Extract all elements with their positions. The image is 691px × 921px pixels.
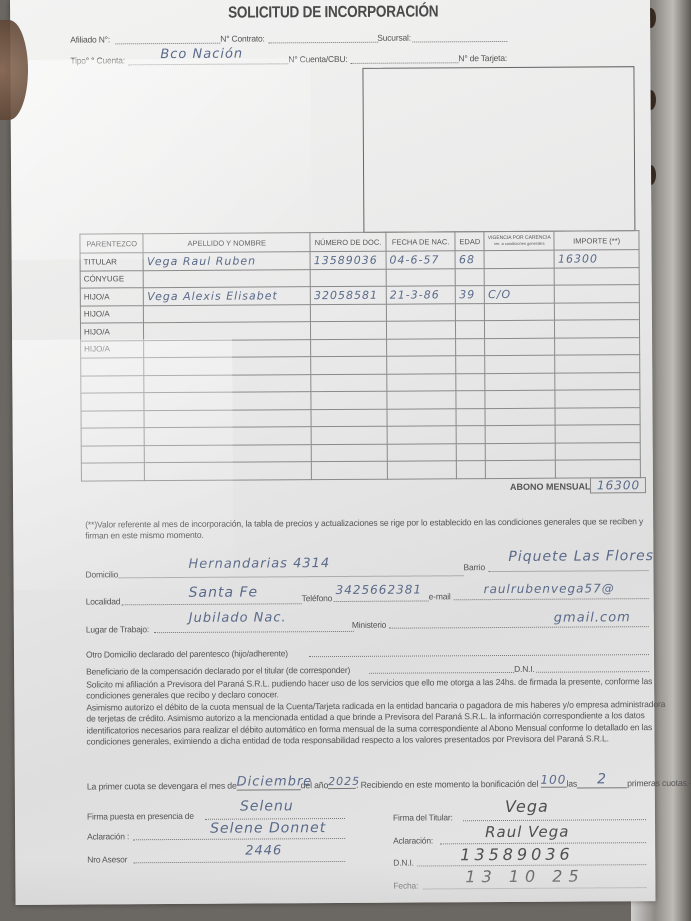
domicilio-value: Hernandarias 4314 — [188, 556, 330, 572]
cell-doc[interactable] — [311, 409, 387, 427]
cell-parentezco: CÓNYUGE — [80, 270, 143, 288]
email-field[interactable] — [454, 598, 649, 600]
otro-domicilio-label: Otro Domicilio declarado del parentesco … — [86, 648, 288, 659]
aclaracion1-label: Aclaración : — [87, 831, 129, 841]
cell-parentezco — [81, 428, 144, 446]
col-importe: IMPORTE (**) — [554, 231, 639, 251]
email-value-cont: gmail.com — [554, 610, 631, 625]
abono-label: ABONO MENSUAL — [510, 481, 591, 491]
domicilio-label: Domicilio — [85, 569, 118, 579]
tipo-cuenta-field[interactable] — [128, 63, 288, 65]
contrato-field[interactable] — [268, 42, 378, 44]
cell-importe[interactable] — [555, 285, 640, 303]
ministerio-field[interactable] — [389, 626, 649, 629]
cell-doc[interactable] — [311, 444, 387, 462]
cell-doc[interactable] — [311, 391, 387, 409]
barrio-label: Barrio — [463, 562, 485, 572]
cell-fecha[interactable] — [387, 461, 457, 479]
cuota-mes[interactable]: Diciembre — [237, 774, 301, 790]
cell-doc[interactable] — [311, 461, 387, 479]
cell-edad[interactable] — [456, 373, 485, 391]
cell-nombre[interactable] — [145, 444, 312, 463]
cuota-text-4: las — [566, 779, 577, 789]
cell-fecha[interactable] — [387, 408, 457, 426]
fecha-value: 13 10 25 — [465, 867, 584, 887]
cell-edad[interactable] — [456, 356, 485, 374]
cell-vigencia[interactable] — [484, 250, 554, 268]
cell-vigencia[interactable] — [484, 268, 554, 286]
cell-importe[interactable] — [555, 337, 640, 355]
cell-doc[interactable]: 13589036 — [310, 251, 386, 269]
cell-importe[interactable] — [555, 302, 640, 320]
cell-importe[interactable] — [556, 442, 641, 460]
dni-label: D.N.I. — [393, 858, 414, 868]
cuota-anio[interactable]: 2025 — [328, 775, 356, 789]
cell-fecha[interactable] — [387, 373, 457, 391]
cell-nombre[interactable] — [144, 269, 311, 288]
cell-doc[interactable] — [311, 426, 387, 444]
glare — [10, 58, 311, 260]
cell-doc[interactable]: 32058581 — [310, 286, 386, 304]
trabajo-field[interactable] — [154, 631, 354, 633]
cell-doc[interactable] — [311, 321, 387, 339]
cell-nombre[interactable] — [144, 339, 311, 358]
legal-paragraph-2: Asimismo autorizo el débito de la cuota … — [86, 699, 666, 748]
cell-fecha[interactable] — [387, 356, 457, 374]
cell-vigencia[interactable] — [485, 443, 555, 461]
cell-fecha[interactable] — [386, 268, 456, 286]
cell-nombre[interactable] — [144, 392, 311, 411]
cuotas-count[interactable]: 2 — [577, 771, 627, 788]
cell-edad[interactable] — [456, 426, 485, 444]
cell-fecha[interactable]: 21-3-86 — [386, 286, 456, 304]
localidad-label: Localidad — [86, 596, 121, 606]
tarjeta-label: N° de Tarjeta: — [458, 53, 507, 63]
form-title: SOLICITUD DE INCORPORACIÓN — [228, 3, 438, 22]
cell-importe[interactable] — [555, 407, 640, 425]
cell-edad[interactable]: 39 — [456, 286, 485, 304]
asesor-label: Nro Asesor — [87, 854, 127, 864]
tipo-cuenta-label: Tipo° ° Cuenta: — [70, 55, 125, 65]
asesor-field[interactable] — [133, 861, 345, 863]
cell-vigencia[interactable] — [486, 460, 556, 478]
dni-value: 13589036 — [460, 845, 574, 865]
titular-label: Firma del Titular: — [393, 812, 453, 822]
presencia-label: Firma puesta en presencia de — [87, 811, 194, 822]
domicilio-field[interactable] — [119, 575, 464, 578]
cell-vigencia[interactable] — [485, 425, 555, 443]
cell-nombre[interactable] — [144, 322, 311, 341]
cell-parentezco: HIJO/A — [80, 323, 143, 341]
titular-signature: Vega — [505, 797, 549, 816]
cell-edad[interactable] — [456, 268, 485, 286]
cell-edad[interactable]: 68 — [455, 251, 484, 269]
table-row — [81, 460, 640, 481]
col-vigencia-sub: ver. a condiciones generales — [494, 241, 545, 246]
afiliado-field[interactable] — [115, 43, 220, 45]
telefono-value: 3425662381 — [336, 582, 422, 597]
cell-vigencia[interactable] — [485, 373, 555, 391]
contrato-label: N° Contrato: — [220, 33, 265, 43]
presencia-signature: Selenu — [240, 798, 294, 814]
asesor-value: 2446 — [245, 843, 282, 858]
trabajo-label: Lugar de Trabajo: — [86, 624, 149, 634]
cell-parentezco — [81, 410, 144, 428]
footnote: (**)Valor referente al mes de incorporac… — [85, 516, 665, 542]
cell-importe[interactable] — [556, 460, 641, 478]
cuota-text-5: primeras cuotas.- — [627, 778, 691, 788]
stamp-box — [362, 66, 635, 233]
cell-edad[interactable] — [457, 461, 486, 479]
cuenta-cbu-label: N° Cuenta/CBU: — [288, 54, 347, 64]
cell-parentezco: HIJO/A — [81, 340, 144, 358]
cell-edad[interactable] — [456, 321, 485, 339]
cell-nombre[interactable]: Vega Raul Ruben — [143, 252, 310, 271]
ministerio-label: Ministerio — [352, 620, 386, 630]
cell-vigencia[interactable]: C/O — [485, 285, 555, 303]
cell-importe[interactable]: 16300 — [554, 250, 639, 268]
cell-fecha[interactable] — [386, 321, 456, 339]
family-table: PARENTEZCO APELLIDO Y NOMBRE NÚMERO DE D… — [79, 230, 641, 481]
cell-nombre[interactable] — [145, 462, 312, 481]
cell-nombre[interactable] — [144, 357, 311, 376]
sucursal-field[interactable] — [412, 41, 507, 43]
col-vigencia: VIGENCIA POR CARENCIAver. a condiciones … — [484, 231, 554, 250]
cell-edad[interactable] — [456, 408, 485, 426]
cell-importe[interactable] — [555, 355, 640, 373]
cell-parentezco — [81, 463, 144, 481]
cuenta-cbu-field[interactable] — [350, 62, 458, 64]
legal-paragraph-1: Solicito mi afiliación a Previsora del P… — [86, 676, 666, 702]
cuota-text-3: . Recibiendo en este momento la bonifica… — [356, 779, 538, 790]
cell-vigencia[interactable] — [485, 303, 555, 321]
cell-fecha[interactable] — [387, 391, 457, 409]
abono-value[interactable]: 16300 — [590, 477, 646, 493]
bonificacion-value[interactable]: 100 — [540, 773, 566, 788]
cell-edad[interactable] — [456, 303, 485, 321]
cell-parentezco: TITULAR — [80, 253, 143, 271]
cell-parentezco — [81, 358, 144, 376]
beneficiario-dni-field[interactable] — [536, 671, 649, 673]
telefono-label: Teléfono — [302, 593, 333, 603]
cell-importe[interactable] — [555, 372, 640, 390]
cell-nombre[interactable] — [144, 374, 311, 393]
barrio-field[interactable] — [488, 570, 648, 572]
aclaracion1-field[interactable] — [133, 838, 345, 840]
cell-parentezco: HIJO/A — [80, 288, 143, 306]
cell-vigencia[interactable] — [485, 408, 555, 426]
aclaracion2-label: Aclaración: — [393, 835, 433, 845]
cell-edad[interactable] — [456, 338, 485, 356]
titular-field[interactable] — [463, 819, 646, 821]
telefono-field[interactable] — [334, 600, 429, 602]
cell-vigencia[interactable] — [485, 355, 555, 373]
barrio-value: Piquete Las Flores — [508, 548, 654, 565]
cell-doc[interactable] — [311, 356, 387, 374]
cell-parentezco — [81, 393, 144, 411]
cell-nombre[interactable] — [144, 427, 311, 446]
cell-fecha[interactable] — [387, 443, 457, 461]
cell-importe[interactable] — [555, 390, 640, 408]
cell-importe[interactable] — [555, 320, 640, 338]
trabajo-value: Jubilado Nac. — [189, 610, 287, 626]
afiliado-label: Afiliado N°: — [70, 34, 110, 44]
fecha-label: Fecha: — [393, 881, 418, 891]
cuota-text-1: La primer cuota se devengara el mes de — [87, 781, 237, 792]
col-nombre: APELLIDO Y NOMBRE — [143, 233, 310, 253]
cell-edad[interactable] — [457, 443, 486, 461]
localidad-value: Santa Fe — [189, 584, 259, 600]
col-parentezco: PARENTEZCO — [80, 234, 143, 253]
cell-vigencia[interactable] — [485, 390, 555, 408]
col-doc: NÚMERO DE DOC. — [310, 232, 386, 251]
sucursal-label: Sucursal: — [377, 33, 411, 43]
cell-doc[interactable] — [311, 374, 387, 392]
localidad-field[interactable] — [122, 603, 302, 605]
aclaracion1-value: Selene Donnet — [210, 820, 326, 837]
fecha-field[interactable] — [423, 887, 646, 889]
cell-nombre[interactable] — [144, 304, 311, 323]
cell-doc[interactable] — [310, 269, 386, 287]
cell-nombre[interactable]: Vega Alexis Elisabet — [144, 287, 311, 306]
otro-domicilio-field[interactable] — [309, 654, 649, 657]
beneficiario-field[interactable] — [369, 672, 514, 674]
cell-importe[interactable] — [555, 425, 640, 443]
cell-parentezco — [81, 445, 144, 463]
cell-edad[interactable] — [456, 391, 485, 409]
email-value: raulrubenvega57@ — [484, 581, 615, 596]
col-edad: EDAD — [455, 232, 484, 251]
cell-fecha[interactable] — [387, 338, 457, 356]
cell-parentezco: HIJO/A — [80, 305, 143, 323]
cell-parentezco — [81, 375, 144, 393]
application-form: SOLICITUD DE INCORPORACIÓN Afiliado N°: … — [10, 0, 656, 905]
aclaracion2-value: Raul Vega — [485, 823, 569, 842]
beneficiario-dni-label: D.N.I. — [514, 664, 535, 674]
col-fecha: FECHA DE NAC. — [386, 232, 456, 251]
cell-vigencia[interactable] — [485, 338, 555, 356]
cuota-line: La primer cuota se devengara el mes deDi… — [87, 774, 691, 795]
cell-nombre[interactable] — [144, 409, 311, 428]
cell-doc[interactable] — [311, 304, 387, 322]
cell-vigencia[interactable] — [485, 320, 555, 338]
cell-fecha[interactable]: 04-6-57 — [386, 251, 456, 269]
cell-importe[interactable] — [554, 267, 639, 285]
email-label: e-mail — [429, 591, 451, 601]
beneficiario-label: Beneficiario de la compensación declarad… — [86, 665, 350, 677]
cell-fecha[interactable] — [386, 303, 456, 321]
cell-fecha[interactable] — [387, 426, 457, 444]
cell-doc[interactable] — [311, 339, 387, 357]
tipo-cuenta-value: Bco Nación — [160, 47, 243, 63]
